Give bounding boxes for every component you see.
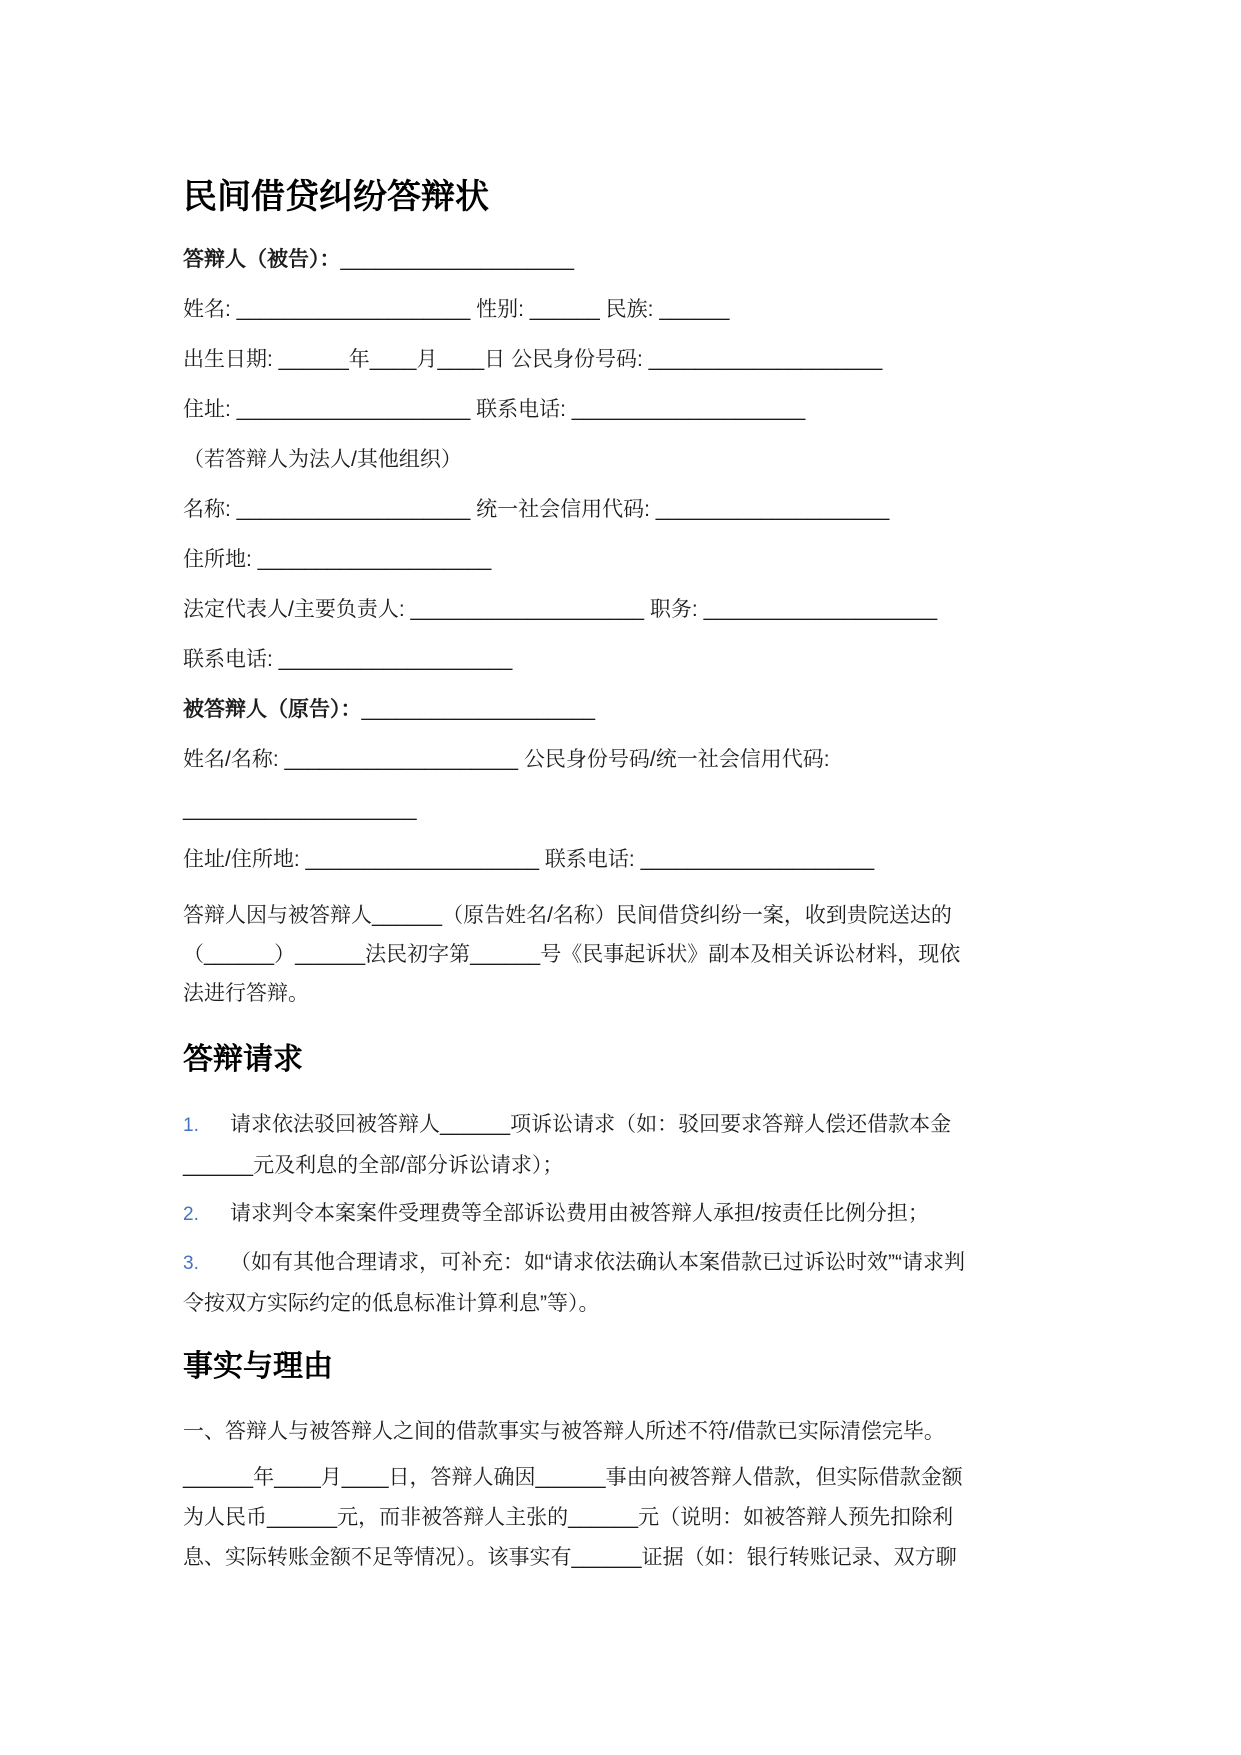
document-page: 民间借贷纠纷答辩状 答辩人（被告）：____________________ 姓… <box>0 0 1241 1755</box>
list-number-1: 1. <box>183 1106 230 1146</box>
defense-requests-heading: 答辩请求 <box>183 1041 1061 1079</box>
row-name-gender-ethnicity: 姓名: ____________________ 性别: ______ 民族: … <box>183 296 1061 324</box>
row-plaintiff-address-phone: 住址/住所地: ____________________ 联系电话: _____… <box>183 846 1061 874</box>
row-plaintiff-name-id: 姓名/名称: ____________________ 公民身份号码/统一社会信… <box>183 746 1061 774</box>
defendant-party-label: 答辩人（被告）： <box>183 248 341 271</box>
row-respondent-party: 被答辩人（原告）：____________________ <box>183 696 1061 724</box>
row-domicile: 住所地: ____________________ <box>183 546 1061 574</box>
intro-paragraph: 答辩人因与被答辩人______（原告姓名/名称）民间借贷纠纷一案，收到贵院送达的… <box>183 896 1061 1013</box>
row-legal-rep-position: 法定代表人/主要负责人: ____________________ 职务: __… <box>183 596 1061 624</box>
row-birthdate-id-number: 出生日期: ______年____月____日 公民身份号码: ________… <box>183 346 1061 374</box>
row-org-name-credit-code: 名称: ____________________ 统一社会信用代码: _____… <box>183 496 1061 524</box>
defense-request-item-2: 2.请求判令本案案件受理费等全部诉讼费用由被答辩人承担/按责任比例分担； <box>183 1194 1061 1235</box>
defense-request-item-3: 3.（如有其他合理请求，可补充：如“请求依法确认本案借款已过诉讼时效”“请求判 … <box>183 1243 1061 1324</box>
document-title: 民间借贷纠纷答辩状 <box>183 176 1061 218</box>
facts-paragraph: ______年____月____日，答辩人确因______事由向被答辩人借款，但… <box>183 1458 1061 1578</box>
row-legal-entity-note: （若答辩人为法人/其他组织） <box>183 446 1061 474</box>
row-defendant-party: 答辩人（被告）：____________________ <box>183 246 1061 274</box>
respondent-party-blank: ____________________ <box>362 698 596 721</box>
respondent-party-label: 被答辩人（原告）： <box>183 698 362 721</box>
defense-request-text-2: 请求判令本案案件受理费等全部诉讼费用由被答辩人承担/按责任比例分担； <box>230 1202 929 1225</box>
row-id-blank-continuation: ____________________ <box>183 796 1061 824</box>
list-number-3: 3. <box>183 1244 230 1284</box>
row-address-phone: 住址: ____________________ 联系电话: _________… <box>183 396 1061 424</box>
defense-request-text-3: （如有其他合理请求，可补充：如“请求依法确认本案借款已过诉讼时效”“请求判 令按… <box>183 1251 965 1315</box>
list-number-2: 2. <box>183 1195 230 1235</box>
facts-heading: 事实与理由 <box>183 1348 1061 1386</box>
defendant-party-blank: ____________________ <box>341 248 575 271</box>
facts-point-one: 一、答辩人与被答辩人之间的借款事实与被答辩人所述不符/借款已实际清偿完毕。 <box>183 1412 1061 1452</box>
row-contact-phone: 联系电话: ____________________ <box>183 646 1061 674</box>
defense-request-text-1: 请求依法驳回被答辩人______项诉讼请求（如：驳回要求答辩人偿还借款本金 __… <box>183 1113 951 1177</box>
defense-request-item-1: 1.请求依法驳回被答辩人______项诉讼请求（如：驳回要求答辩人偿还借款本金 … <box>183 1105 1061 1186</box>
